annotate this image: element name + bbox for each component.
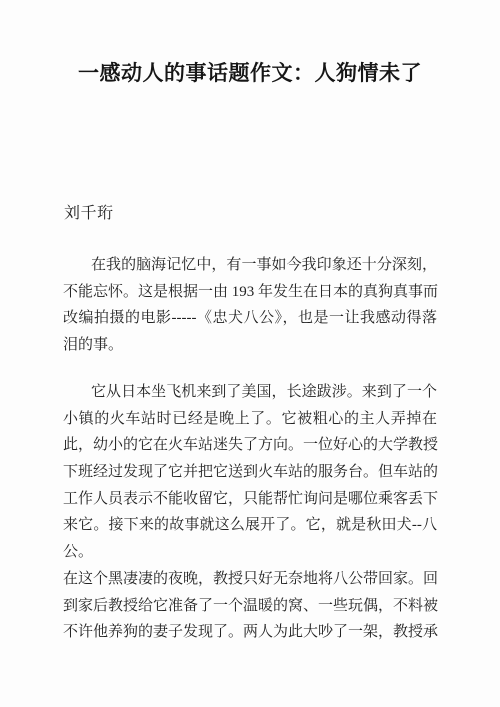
document-page: 一感动人的事话题作文：人狗情未了 刘千珩 在我的脑海记忆中，有一事如今我印象还十… xyxy=(0,0,500,707)
author-name: 刘千珩 xyxy=(64,202,114,226)
text-line: 此，幼小的它在火车站迷失了方向。一位好心的大学教授 xyxy=(63,432,437,459)
text-line: 小镇的火车站时已经是晚上了。它被粗心的主人弄掉在 xyxy=(63,406,437,433)
paragraph-night: 在这个黑凄凄的夜晚，教授只好无奈地将八公带回家。回到家后教授给它准备了一个温暖的… xyxy=(63,566,437,646)
text-line: 工作人员表示不能收留它，只能帮忙询问是哪位乘客丢下 xyxy=(63,486,437,513)
text-line: 不许他养狗的妻子发现了。两人为此大吵了一架，教授承 xyxy=(63,619,437,646)
text-line: 下班经过发现了它并把它送到火车站的服务台。但车站的 xyxy=(63,459,437,486)
text-line: 公。 xyxy=(63,539,437,566)
paragraph-story: 它从日本坐飞机来到了美国，长途跋涉。来到了一个小镇的火车站时已经是晚上了。它被粗… xyxy=(63,379,437,566)
text-line: 在我的脑海记忆中，有一事如今我印象还十分深刻， xyxy=(63,252,437,279)
text-line: 泪的事。 xyxy=(63,332,437,359)
paragraph-intro: 在我的脑海记忆中，有一事如今我印象还十分深刻，不能忘怀。这是根据一由 193 年… xyxy=(63,252,437,359)
text-line: 它从日本坐飞机来到了美国，长途跋涉。来到了一个 xyxy=(63,379,437,406)
text-line: 在这个黑凄凄的夜晚，教授只好无奈地将八公带回家。回 xyxy=(63,566,437,593)
text-line: 到家后教授给它准备了一个温暖的窝、一些玩偶，不料被 xyxy=(63,593,437,620)
text-line: 不能忘怀。这是根据一由 193 年发生在日本的真狗真事而 xyxy=(63,279,437,306)
text-line: 来它。接下来的故事就这么展开了。它，就是秋田犬--八 xyxy=(63,512,437,539)
document-title: 一感动人的事话题作文：人狗情未了 xyxy=(0,58,500,88)
text-line: 改编拍摄的电影-----《忠犬八公》，也是一让我感动得落 xyxy=(63,305,437,332)
